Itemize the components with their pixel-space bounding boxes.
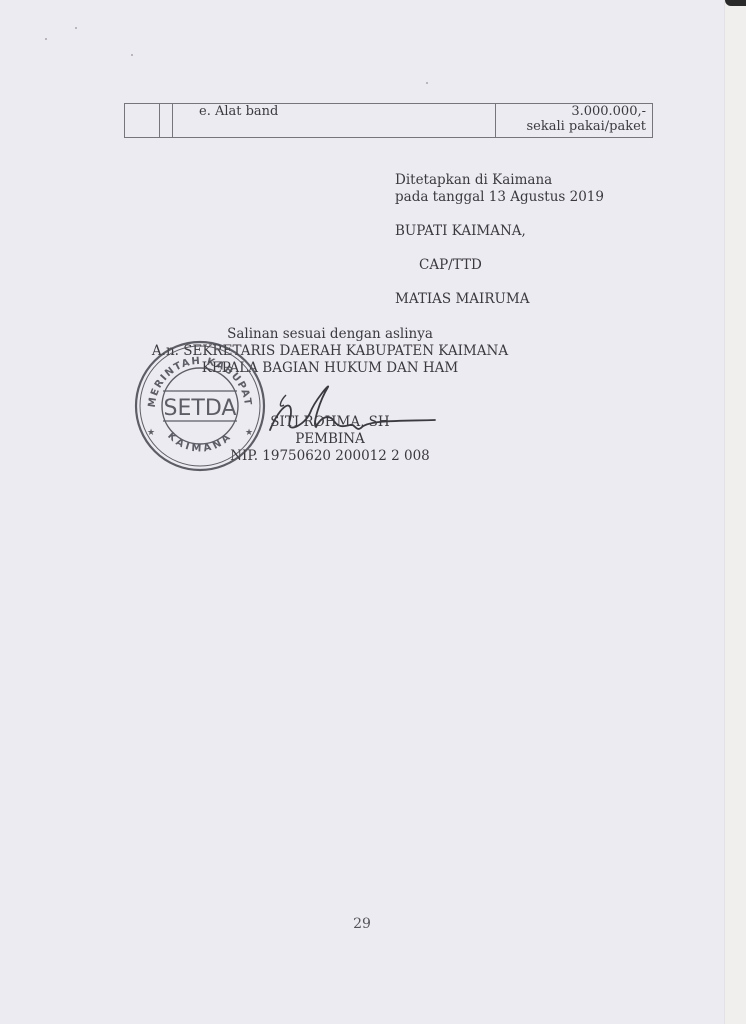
svg-text:★: ★	[147, 428, 155, 438]
table-cell-amount: 3.000.000,- sekali pakai/paket	[496, 104, 653, 138]
page-number: 29	[0, 916, 724, 932]
official-stamp-icon: PEMERINTAH KABUPATEN KAIMANA SETDA ★ ★	[133, 339, 267, 473]
scan-corner	[725, 0, 746, 6]
decree-office: BUPATI KAIMANA,	[395, 223, 604, 240]
decree-signatory: MATIAS MAIRUMA	[395, 291, 604, 308]
scan-speck	[131, 54, 133, 56]
scan-speck	[75, 27, 77, 29]
scan-speck	[426, 82, 428, 84]
scan-page-edge	[724, 0, 746, 1024]
decree-signature-note: CAP/TTD	[395, 257, 604, 274]
handwritten-signature-icon	[250, 375, 440, 445]
amount-value: 3.000.000,-	[502, 104, 646, 119]
amount-unit: sekali pakai/paket	[502, 119, 646, 134]
fee-table: e. Alat band 3.000.000,- sekali pakai/pa…	[124, 103, 653, 138]
decree-signature-block: Ditetapkan di Kaimana pada tanggal 13 Ag…	[395, 172, 604, 308]
decree-place: Ditetapkan di Kaimana	[395, 172, 604, 189]
table-row: e. Alat band 3.000.000,- sekali pakai/pa…	[125, 104, 653, 138]
table-cell-number	[125, 104, 160, 138]
table-cell-sub	[160, 104, 173, 138]
svg-text:SETDA: SETDA	[164, 396, 237, 421]
document-page: e. Alat band 3.000.000,- sekali pakai/pa…	[0, 0, 724, 1024]
decree-date: pada tanggal 13 Agustus 2019	[395, 189, 604, 206]
table-cell-item: e. Alat band	[173, 104, 496, 138]
scan-speck	[45, 38, 47, 40]
svg-text:KAIMANA: KAIMANA	[165, 430, 235, 454]
